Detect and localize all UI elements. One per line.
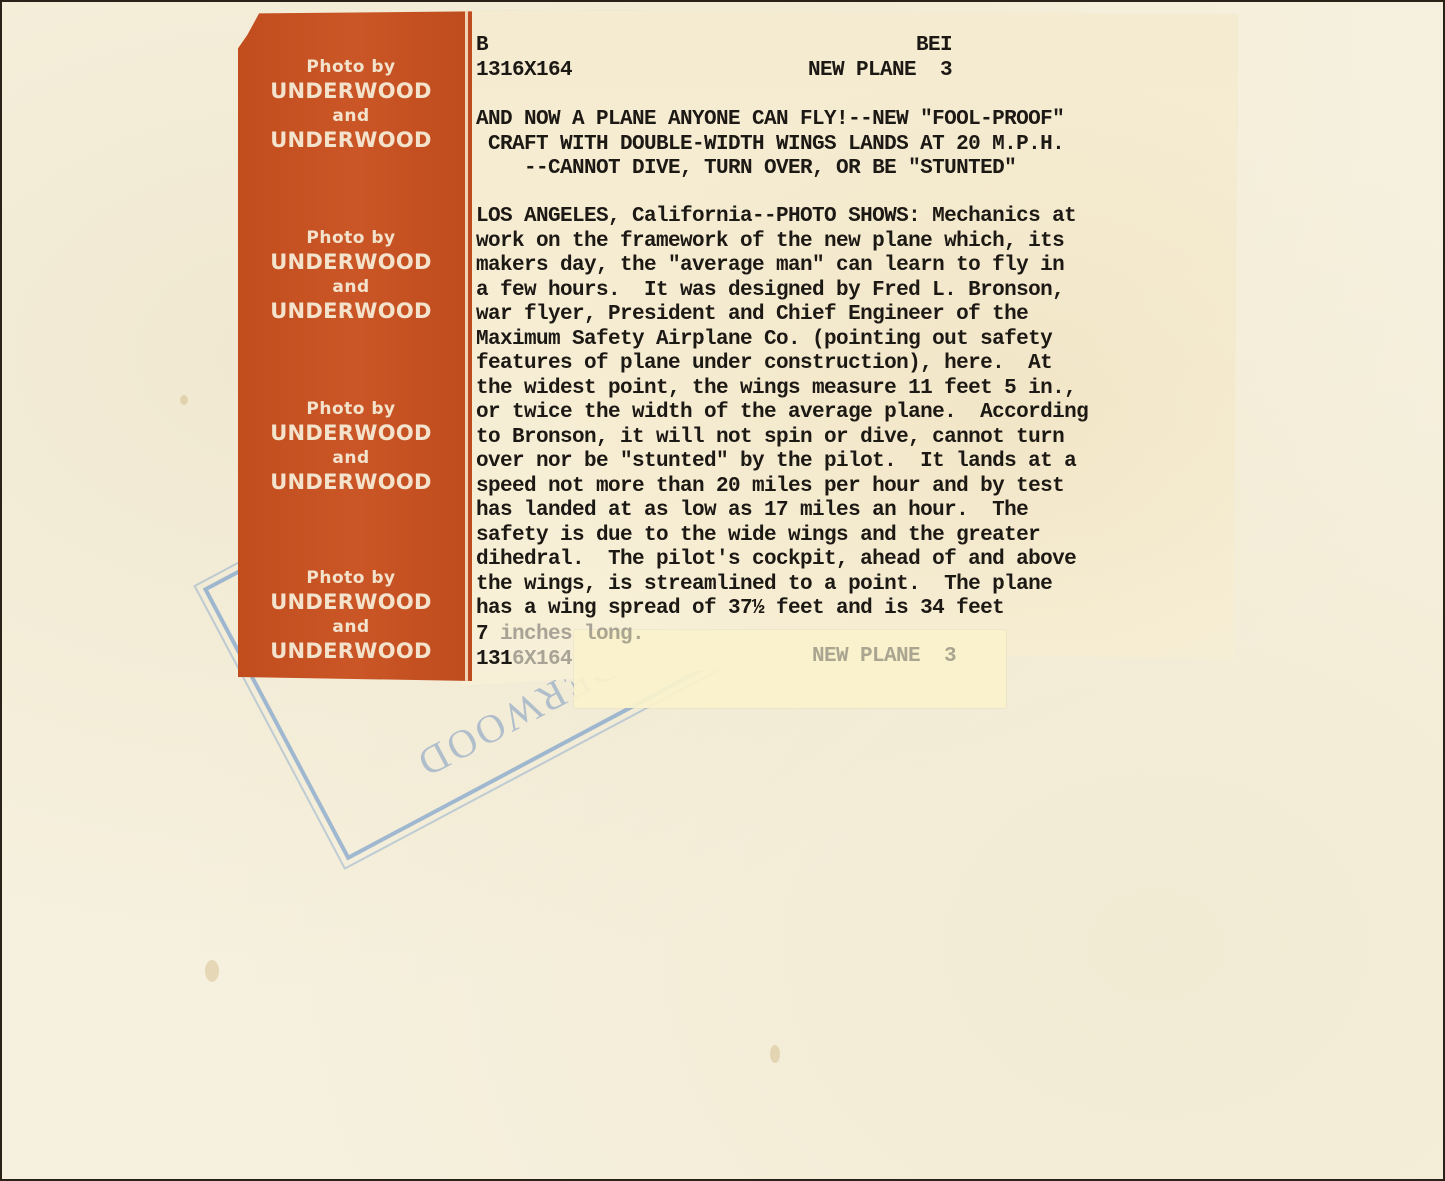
credit-name: UNDERWOOD (238, 250, 464, 275)
credit-block: Photo by UNDERWOOD and UNDERWOOD (238, 397, 464, 495)
credit-block: Photo by UNDERWOOD and UNDERWOOD (238, 55, 464, 153)
credit-photo-by: Photo by (238, 566, 464, 590)
credit-block: Photo by UNDERWOOD and UNDERWOOD (238, 226, 464, 324)
credit-and: and (238, 275, 464, 299)
caption-body: LOS ANGELES, California--PHOTO SHOWS: Me… (476, 205, 1088, 622)
footer-ref-faded: 6X164 (512, 648, 572, 671)
credit-name: UNDERWOOD (238, 128, 464, 153)
credit-and: and (238, 104, 464, 128)
credit-photo-by: Photo by (238, 397, 464, 421)
caption-body-last-line-faded: inches long. (500, 623, 644, 646)
footer-ref-solid: 131 (476, 648, 512, 671)
credit-name: UNDERWOOD (238, 590, 464, 615)
caption-footer-ref: 1316X164 (476, 648, 572, 673)
age-spot (770, 1045, 780, 1063)
credit-name: UNDERWOOD (238, 299, 464, 324)
caption-footer-subject: NEW PLANE 3 (812, 645, 956, 670)
age-spot (205, 960, 219, 982)
credit-name: UNDERWOOD (238, 79, 464, 104)
caption-header-ref: B 1316X164 (476, 34, 572, 83)
credit-and: and (238, 446, 464, 470)
credit-name: UNDERWOOD (238, 639, 464, 664)
credit-name: UNDERWOOD (238, 421, 464, 446)
caption-body-last-line-solid: 7 (476, 623, 500, 646)
caption-headline: AND NOW A PLANE ANYONE CAN FLY!--NEW "FO… (476, 108, 1064, 182)
credit-name: UNDERWOOD (238, 470, 464, 495)
strip-edge-line (465, 8, 468, 681)
underwood-credit-strip: Photo by UNDERWOOD and UNDERWOOD Photo b… (238, 8, 472, 681)
caption-header-subject: BEI NEW PLANE 3 (808, 34, 952, 83)
credit-photo-by: Photo by (238, 226, 464, 250)
credit-photo-by: Photo by (238, 55, 464, 79)
age-spot (180, 395, 188, 405)
credit-block: Photo by UNDERWOOD and UNDERWOOD (238, 566, 464, 664)
credit-and: and (238, 615, 464, 639)
caption-body-last-line: 7 inches long. (476, 623, 644, 648)
